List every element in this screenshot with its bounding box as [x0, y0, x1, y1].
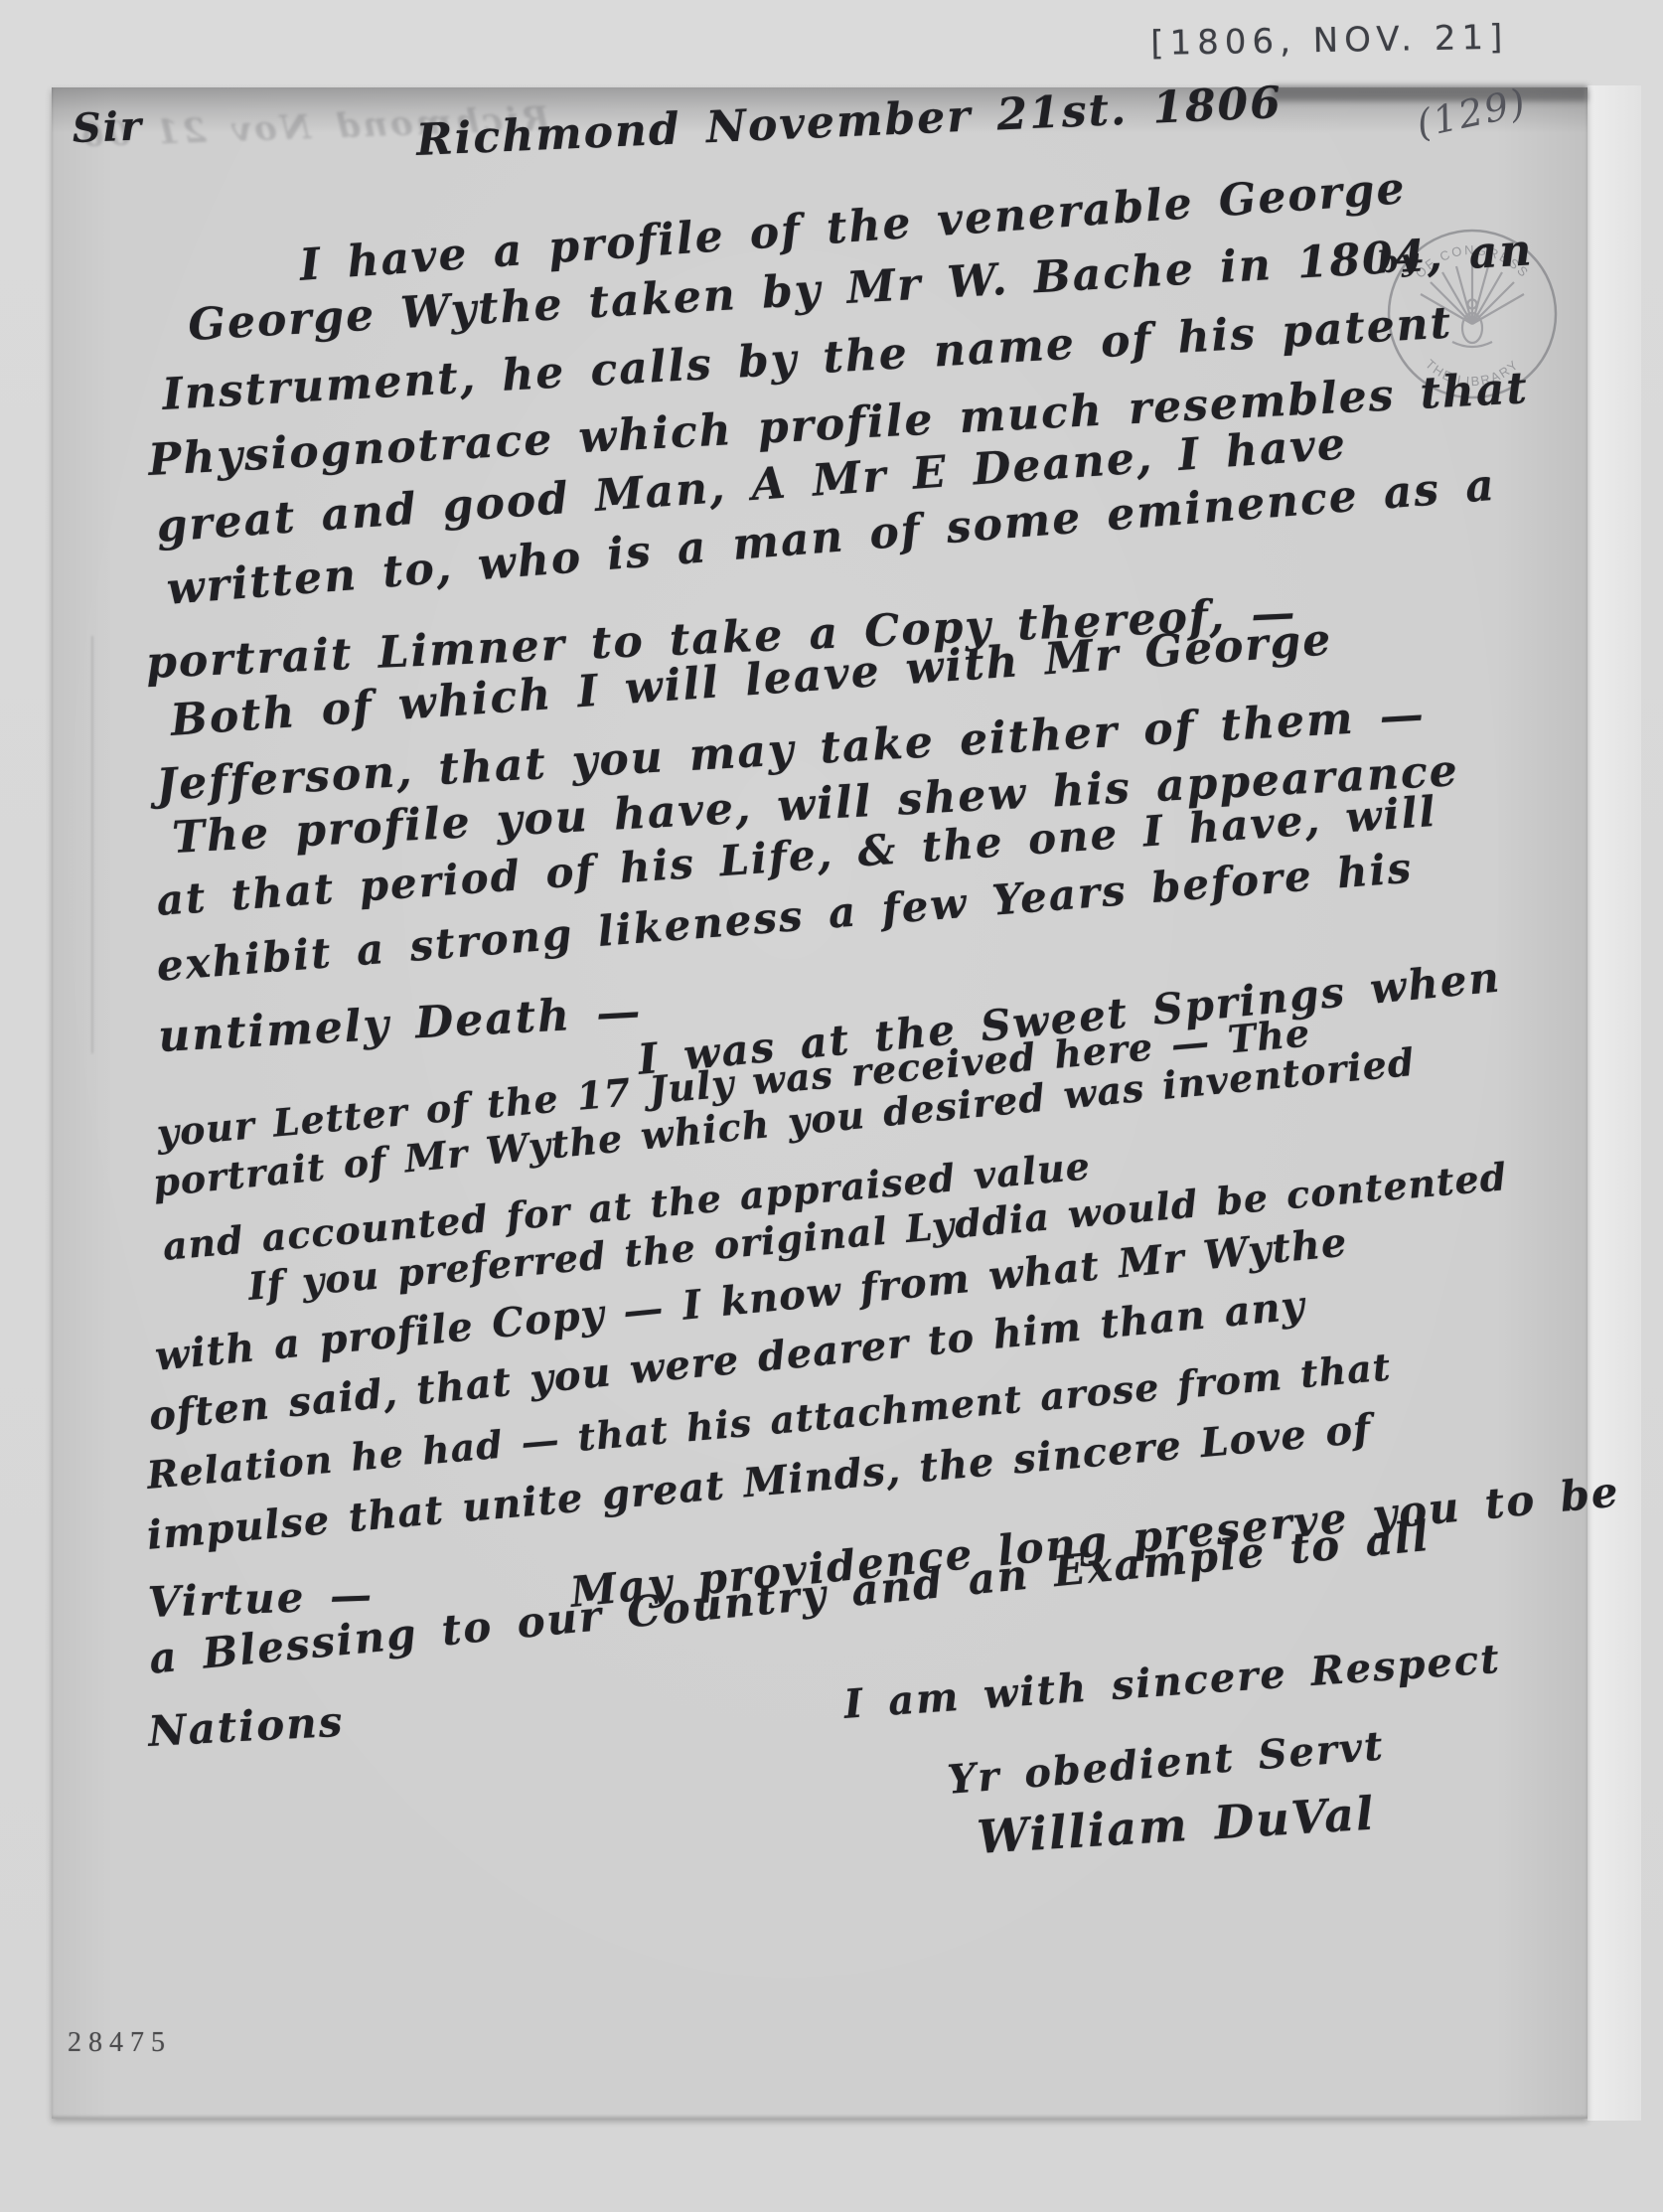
catalog-number: 28475: [68, 2027, 172, 2059]
letter-line: Nations: [147, 1697, 345, 1756]
salutation: Sir: [72, 103, 144, 152]
pencil-date-annotation: [1806, NOV. 21]: [1150, 18, 1509, 64]
paper-crease: [91, 636, 93, 1053]
scanned-letter-page: [1806, NOV. 21] Richmond Nov 21 06 Sir R…: [0, 0, 1663, 2212]
scan-edge-strip: [1587, 85, 1641, 2121]
